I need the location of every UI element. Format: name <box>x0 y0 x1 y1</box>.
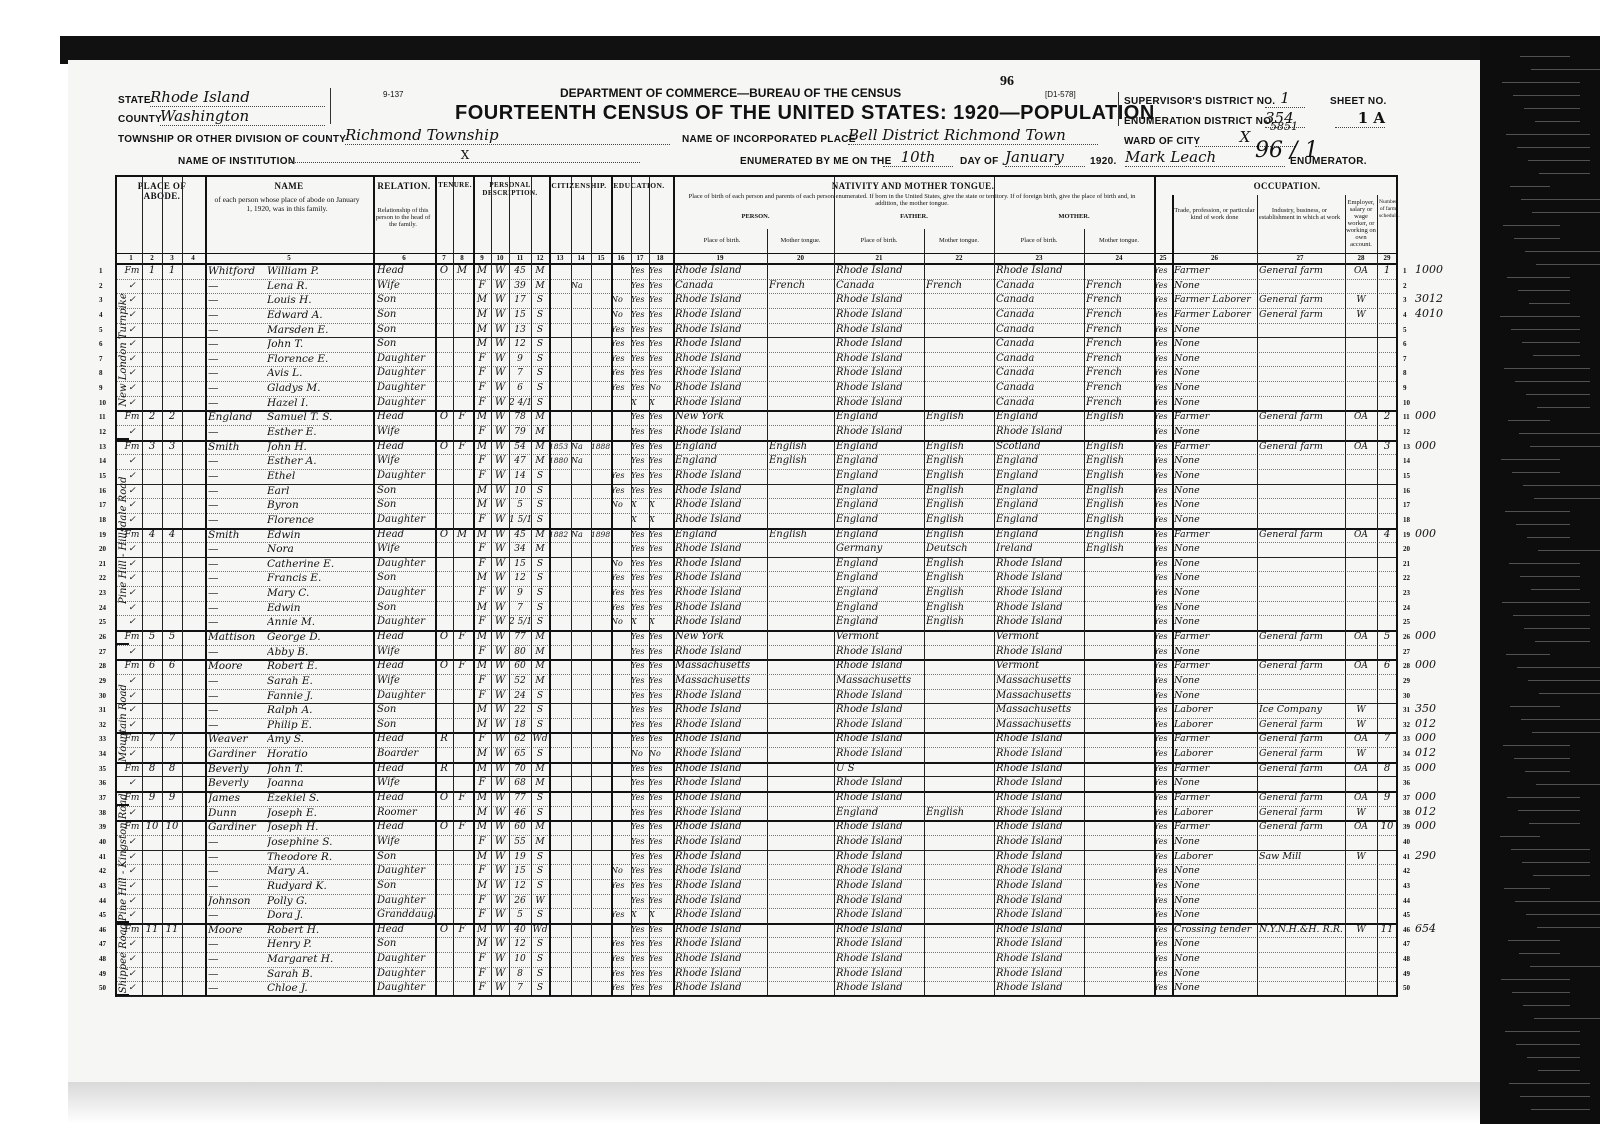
able-to-read: Yes <box>631 923 649 937</box>
column-number: 9 <box>473 254 491 262</box>
line-number-right: 2 <box>1403 279 1407 293</box>
mother-birthplace: Massachusetts <box>996 674 1084 688</box>
speaks-english: Yes <box>1154 908 1172 922</box>
given-name: Nora <box>267 542 372 556</box>
age: 17 <box>509 293 531 307</box>
race: W <box>491 425 509 439</box>
trade: Farmer <box>1174 528 1257 542</box>
mother-mother-tongue: French <box>1086 337 1154 351</box>
sex: M <box>473 806 491 820</box>
home-owned: O <box>435 528 453 542</box>
able-to-read: Yes <box>631 308 649 322</box>
margin-code: 012 <box>1415 805 1436 819</box>
father-birthplace: Rhode Island <box>836 323 924 337</box>
table-row: 66✓—John T.SonMW12SYesYesYesRhode Island… <box>117 337 1396 352</box>
column-number: 8 <box>453 254 471 262</box>
scan-border-right <box>1480 36 1600 1124</box>
able-to-write: Yes <box>649 454 669 468</box>
father-birthplace: Germany <box>836 542 924 556</box>
sex: F <box>473 425 491 439</box>
street-name: New London Turnpike <box>118 262 129 438</box>
birthplace: Rhode Island <box>675 879 767 893</box>
township-value: Richmond Township <box>345 126 670 145</box>
marital-status: S <box>531 498 549 512</box>
father-birthplace: Rhode Island <box>836 689 924 703</box>
mother-birthplace: Canada <box>996 308 1084 322</box>
birthplace: England <box>675 454 767 468</box>
scan-streak <box>1507 797 1580 798</box>
father-birthplace: Rhode Island <box>836 645 924 659</box>
table-row: 2626000Fm55MattisonGeorge D.HeadOFMW77MY… <box>117 630 1396 645</box>
surname: — <box>208 308 272 322</box>
given-name: Rudyard K. <box>267 879 372 893</box>
line-number-right: 29 <box>1403 674 1410 688</box>
birthplace: Rhode Island <box>675 645 767 659</box>
able-to-write: Yes <box>649 776 669 790</box>
relation: Daughter <box>377 513 435 527</box>
able-to-write: X <box>649 396 669 410</box>
attended-school: Yes <box>611 981 631 995</box>
surname: Mattison <box>208 630 272 644</box>
sex: M <box>473 879 491 893</box>
relation: Head <box>377 791 435 805</box>
speaks-english: Yes <box>1154 967 1172 981</box>
table-row: 1313000Fm33SmithJohn H.HeadOFMW54M1853Na… <box>117 440 1396 455</box>
sex: M <box>473 484 491 498</box>
father-birthplace: Rhode Island <box>836 352 924 366</box>
marital-status: S <box>531 952 549 966</box>
trade: Laborer <box>1174 747 1257 761</box>
dwelling-number: 1 <box>142 264 162 278</box>
sex: M <box>473 601 491 615</box>
sex: M <box>473 937 491 951</box>
race: W <box>491 645 509 659</box>
sex: M <box>473 718 491 732</box>
industry: General farm <box>1259 820 1343 834</box>
sex: M <box>473 498 491 512</box>
class-of-worker: OA <box>1345 440 1377 454</box>
sex: F <box>473 381 491 395</box>
father-birthplace: Rhode Island <box>836 894 924 908</box>
street-name: Pine Hill - Kingston Road <box>118 804 129 921</box>
trade: None <box>1174 981 1257 995</box>
column-divider <box>1345 195 1346 995</box>
dwelling-number: 8 <box>142 762 162 776</box>
father-birthplace: England <box>836 513 924 527</box>
dwelling-number: 2 <box>142 410 162 424</box>
birthplace: Rhode Island <box>675 615 767 629</box>
age: 12 <box>509 937 531 951</box>
class-of-worker: W <box>1345 293 1377 307</box>
able-to-read: Yes <box>631 864 649 878</box>
scan-streak <box>1521 719 1600 720</box>
line-number-right: 27 <box>1403 645 1410 659</box>
marital-status: S <box>531 293 549 307</box>
attended-school: Yes <box>611 967 631 981</box>
mortgage-status: F <box>453 630 471 644</box>
line-number-right: 13 <box>1403 440 1410 454</box>
scan-border-bottom <box>68 1082 1480 1124</box>
father-birthplace: England <box>836 484 924 498</box>
age: 12 <box>509 571 531 585</box>
father-birthplace: England <box>836 410 924 424</box>
scan-streak <box>1514 758 1570 759</box>
trade: Farmer Laborer <box>1174 308 1257 322</box>
scan-streak <box>1501 459 1560 460</box>
given-name: Horatio <box>267 747 372 761</box>
marital-status: M <box>531 425 549 439</box>
marital-status: S <box>531 981 549 995</box>
mother-birthplace: Scotland <box>996 440 1084 454</box>
line-number: 3 <box>99 293 103 307</box>
line-number-right: 4 <box>1403 308 1407 322</box>
relation: Wife <box>377 542 435 556</box>
father-birthplace: Rhode Island <box>836 337 924 351</box>
line-number-right: 16 <box>1403 484 1410 498</box>
attended-school: Yes <box>611 469 631 483</box>
line-number-right: 46 <box>1403 923 1410 937</box>
sex: M <box>473 528 491 542</box>
mother-birthplace: Rhode Island <box>996 645 1084 659</box>
age: 46 <box>509 806 531 820</box>
age: 40 <box>509 923 531 937</box>
speaks-english: Yes <box>1154 835 1172 849</box>
able-to-write: Yes <box>649 762 669 776</box>
able-to-write: Yes <box>649 937 669 951</box>
race: W <box>491 337 509 351</box>
scan-streak <box>1511 329 1580 330</box>
race: W <box>491 264 509 278</box>
speaks-english: Yes <box>1154 923 1172 937</box>
mother-birthplace: Rhode Island <box>996 776 1084 790</box>
mother-birthplace: Rhode Island <box>996 952 1084 966</box>
line-number-right: 35 <box>1403 762 1410 776</box>
scan-streak <box>1508 940 1560 941</box>
able-to-read: Yes <box>631 674 649 688</box>
speaks-english: Yes <box>1154 454 1172 468</box>
column-divider <box>435 177 437 995</box>
speaks-english: Yes <box>1154 323 1172 337</box>
family-number: 4 <box>162 528 182 542</box>
race: W <box>491 454 509 468</box>
sex: F <box>473 557 491 571</box>
birthplace: Rhode Island <box>675 776 767 790</box>
race: W <box>491 630 509 644</box>
trade: None <box>1174 879 1257 893</box>
trade: None <box>1174 776 1257 790</box>
family-divider <box>117 820 1396 822</box>
marital-status: S <box>531 557 549 571</box>
age: 7 <box>509 601 531 615</box>
birthplace: Rhode Island <box>675 366 767 380</box>
column-number: 23 <box>994 254 1084 262</box>
industry: General farm <box>1259 791 1343 805</box>
line-number: 19 <box>99 528 106 542</box>
father-birthplace: Rhode Island <box>836 981 924 995</box>
column-divider <box>649 177 650 995</box>
relation: Head <box>377 659 435 673</box>
line-number: 13 <box>99 440 106 454</box>
father-tongue: English <box>926 469 994 483</box>
column-number: 15 <box>591 254 611 262</box>
scan-streak <box>1518 290 1570 291</box>
mother-tongue: English <box>769 528 834 542</box>
surname: — <box>208 323 272 337</box>
table-row: 55✓—Marsden E.SonMW13SYesYesYesRhode Isl… <box>117 323 1396 338</box>
column-divider <box>1154 177 1156 995</box>
scan-streak <box>1533 875 1590 876</box>
relation-description: Relationship of this person to the head … <box>373 207 433 228</box>
scan-streak <box>1517 147 1590 148</box>
trade: None <box>1174 484 1257 498</box>
line-number: 42 <box>99 864 106 878</box>
father-birthplace: Rhode Island <box>836 908 924 922</box>
birthplace: Rhode Island <box>675 762 767 776</box>
able-to-write: X <box>649 908 669 922</box>
able-to-read: Yes <box>631 776 649 790</box>
given-name: Hazel I. <box>267 396 372 410</box>
column-number: 3 <box>162 254 182 262</box>
able-to-read: Yes <box>631 571 649 585</box>
trade: Farmer <box>1174 410 1257 424</box>
industry: General farm <box>1259 293 1343 307</box>
table-row: 1818✓—FlorenceDaughterFW1 5/12SXXRhode I… <box>117 513 1396 528</box>
surname: Moore <box>208 659 272 673</box>
mortgage-status: M <box>453 264 471 278</box>
relation: Daughter <box>377 396 435 410</box>
surname: Beverly <box>208 762 272 776</box>
birthplace: Rhode Island <box>675 601 767 615</box>
table-row: 1616✓—EarlSonMW10SYesYesYesRhode IslandE… <box>117 484 1396 499</box>
naturalization-status: Na <box>571 440 591 454</box>
able-to-write: Yes <box>649 689 669 703</box>
margin-code: 3012 <box>1415 292 1443 306</box>
line-number: 50 <box>99 981 106 995</box>
able-to-read: Yes <box>631 850 649 864</box>
mother-birthplace: Canada <box>996 381 1084 395</box>
industry: General farm <box>1259 659 1343 673</box>
relation: Daughter <box>377 894 435 908</box>
line-number: 27 <box>99 645 106 659</box>
birthplace: New York <box>675 630 767 644</box>
mortgage-status: M <box>453 528 471 542</box>
surname: — <box>208 513 272 527</box>
sheet-label: SHEET NO. <box>1330 96 1387 107</box>
trade: None <box>1174 689 1257 703</box>
father-birthplace: England <box>836 601 924 615</box>
speaks-english: Yes <box>1154 674 1172 688</box>
given-name: Theodore R. <box>267 850 372 864</box>
trade: None <box>1174 967 1257 981</box>
age: 18 <box>509 718 531 732</box>
trade: None <box>1174 615 1257 629</box>
family-number: 2 <box>162 410 182 424</box>
marital-status: S <box>531 396 549 410</box>
mother-mother-tongue: French <box>1086 396 1154 410</box>
line-number: 2 <box>99 279 103 293</box>
race: W <box>491 557 509 571</box>
given-name: Gladys M. <box>267 381 372 395</box>
able-to-write: Yes <box>649 879 669 893</box>
mother-birthplace: Rhode Island <box>996 571 1084 585</box>
industry: General farm <box>1259 528 1343 542</box>
age: 7 <box>509 981 531 995</box>
table-row: 2727✓—Abby B.WifeFW80MYesYesRhode Island… <box>117 645 1396 660</box>
relation: Granddaughter <box>377 908 435 922</box>
surname: Johnson <box>208 894 272 908</box>
column-divider <box>142 177 143 995</box>
age: 24 <box>509 689 531 703</box>
age: 15 <box>509 864 531 878</box>
given-name: Sarah B. <box>267 967 372 981</box>
table-row: 3333000Fm77WeaverAmy S.HeadRFW62WdYesYes… <box>117 732 1396 747</box>
attended-school: Yes <box>611 879 631 893</box>
given-name: Byron <box>267 498 372 512</box>
column-divider <box>182 177 183 995</box>
table-row: 1010✓—Hazel I.DaughterFW2 4/12SXXRhode I… <box>117 396 1396 411</box>
sex: M <box>473 630 491 644</box>
sex: F <box>473 732 491 746</box>
sex: F <box>473 396 491 410</box>
table-row: 1717✓—ByronSonMW5SNoXXRhode IslandEnglan… <box>117 498 1396 513</box>
relation: Wife <box>377 645 435 659</box>
race: W <box>491 279 509 293</box>
mortgage-status: F <box>453 791 471 805</box>
month-value: January <box>1005 148 1085 167</box>
trade: None <box>1174 469 1257 483</box>
father-birthplace: Rhode Island <box>836 835 924 849</box>
father-tongue: French <box>926 279 994 293</box>
attended-school: Yes <box>611 908 631 922</box>
able-to-read: Yes <box>631 440 649 454</box>
marital-status: S <box>531 864 549 878</box>
able-to-write: Yes <box>649 571 669 585</box>
age: 1 5/12 <box>509 513 531 527</box>
marital-status: S <box>531 703 549 717</box>
dwelling-number: 4 <box>142 528 162 542</box>
father-birthplace: Rhode Island <box>836 659 924 673</box>
county-value: Washington <box>160 107 325 126</box>
age: 5 <box>509 908 531 922</box>
able-to-read: X <box>631 513 649 527</box>
trade: None <box>1174 396 1257 410</box>
speaks-english: Yes <box>1154 469 1172 483</box>
birthplace: Rhode Island <box>675 308 767 322</box>
given-name: George D. <box>267 630 372 644</box>
birthplace: Rhode Island <box>675 894 767 908</box>
trade: None <box>1174 835 1257 849</box>
marital-status: S <box>531 718 549 732</box>
line-number: 46 <box>99 923 106 937</box>
line-number: 31 <box>99 703 106 717</box>
census-title: FOURTEENTH CENSUS OF THE UNITED STATES: … <box>455 102 1155 125</box>
line-number-right: 38 <box>1403 806 1410 820</box>
family-number: 8 <box>162 762 182 776</box>
father-birthplace: Rhode Island <box>836 850 924 864</box>
sex: M <box>473 820 491 834</box>
family-number: 5 <box>162 630 182 644</box>
family-divider <box>117 762 1396 764</box>
sex: F <box>473 776 491 790</box>
table-row: 5050✓—Chloe J.DaughterFW7SYesYesYesRhode… <box>117 981 1396 996</box>
relation: Son <box>377 571 435 585</box>
speaks-english: Yes <box>1154 615 1172 629</box>
table-row: 4343✓—Rudyard K.SonMW12SYesYesYesRhode I… <box>117 879 1396 894</box>
column-divider <box>162 177 163 995</box>
speaks-english: Yes <box>1154 352 1172 366</box>
race: W <box>491 835 509 849</box>
column-divider <box>767 229 768 995</box>
marital-status: S <box>531 615 549 629</box>
mother-tongue: English <box>769 440 834 454</box>
age: 34 <box>509 542 531 556</box>
able-to-read: Yes <box>631 323 649 337</box>
line-number: 9 <box>99 381 103 395</box>
scan-streak <box>1539 173 1590 174</box>
father-birthplace: Rhode Island <box>836 952 924 966</box>
able-to-write: Yes <box>649 718 669 732</box>
column-number: 6 <box>373 254 435 262</box>
relation: Son <box>377 937 435 951</box>
class-of-worker: W <box>1345 806 1377 820</box>
marital-status: S <box>531 689 549 703</box>
birthplace: Rhode Island <box>675 967 767 981</box>
age: 10 <box>509 484 531 498</box>
mother-birthplace: Rhode Island <box>996 923 1084 937</box>
scan-streak <box>1539 693 1600 694</box>
age: 9 <box>509 586 531 600</box>
speaks-english: Yes <box>1154 850 1172 864</box>
speaks-english: Yes <box>1154 264 1172 278</box>
table-row: 77✓—Florence E.DaughterFW9SYesYesYesRhod… <box>117 352 1396 367</box>
age: 10 <box>509 952 531 966</box>
relation: Son <box>377 850 435 864</box>
home-owned: O <box>435 440 453 454</box>
line-number-right: 12 <box>1403 425 1410 439</box>
able-to-write: Yes <box>649 279 669 293</box>
able-to-read: Yes <box>631 557 649 571</box>
scan-streak <box>1535 641 1590 642</box>
scan-streak <box>1523 1005 1570 1006</box>
group-nativity: NATIVITY AND MOTHER TONGUE. <box>673 181 1153 191</box>
speaks-english: Yes <box>1154 894 1172 908</box>
group-personal-description: PERSONAL DESCRIPTION. <box>475 181 545 197</box>
mother-mother-tongue: English <box>1086 542 1154 556</box>
scan-streak <box>1525 771 1570 772</box>
relation: Daughter <box>377 366 435 380</box>
relation: Boarder <box>377 747 435 761</box>
race: W <box>491 850 509 864</box>
relation: Son <box>377 718 435 732</box>
relation: Wife <box>377 454 435 468</box>
relation: Son <box>377 498 435 512</box>
line-number: 47 <box>99 937 106 951</box>
given-name: Annie M. <box>267 615 372 629</box>
mother-birthplace: Rhode Island <box>996 264 1084 278</box>
form-code: 9-137 <box>383 90 403 99</box>
surname: — <box>208 703 272 717</box>
sex: F <box>473 279 491 293</box>
scan-streak <box>1530 966 1600 967</box>
age: 54 <box>509 440 531 454</box>
given-name: Louis H. <box>267 293 372 307</box>
mother-birthplace: Rhode Island <box>996 791 1084 805</box>
sex: M <box>473 264 491 278</box>
industry: General farm <box>1259 264 1343 278</box>
home-owned: O <box>435 630 453 644</box>
able-to-read: Yes <box>631 279 649 293</box>
scan-streak <box>1515 901 1600 902</box>
